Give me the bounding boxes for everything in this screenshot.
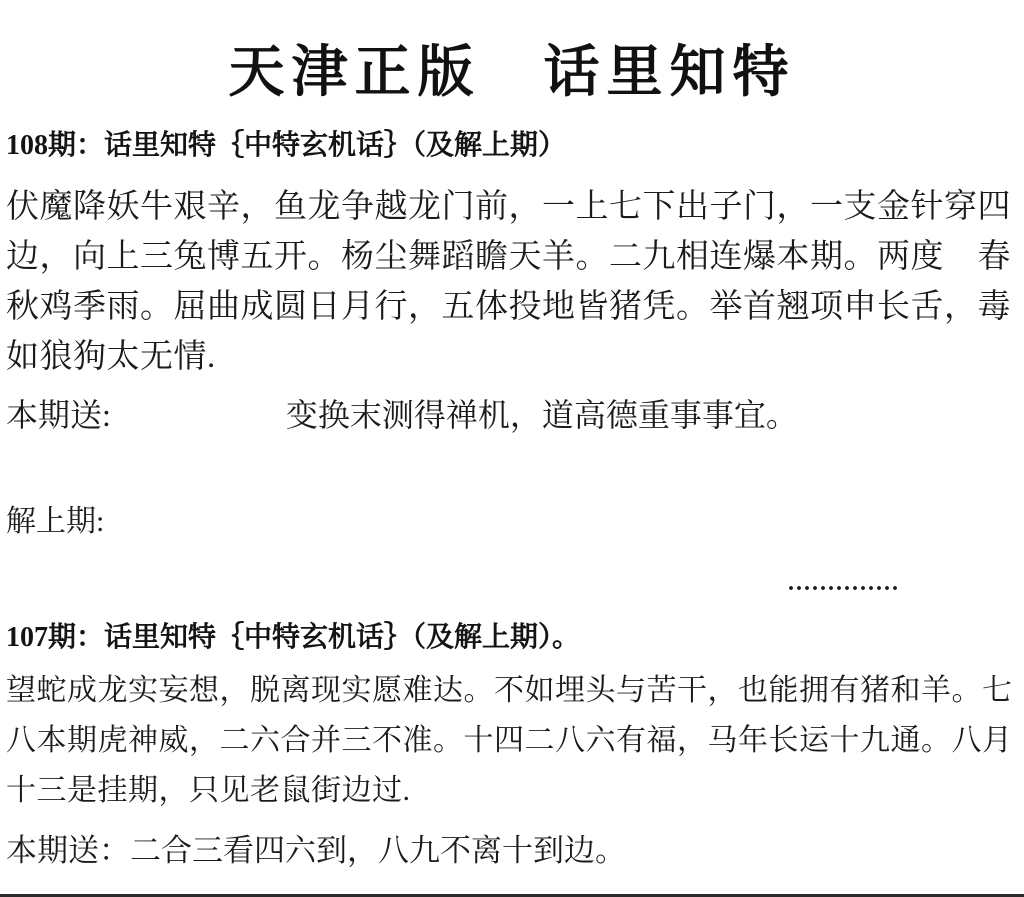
gift-label: 本期送: [6,397,111,433]
section-issue-107: 107期：话里知特｛中特玄机话｝（及解上期）。 望蛇成龙实妄想，脱离现实愿难达。… [6,618,1018,876]
section-107-heading: 107期：话里知特｛中特玄机话｝（及解上期）。 [6,618,1018,658]
paragraph-line: 伏魔降妖牛艰辛，鱼龙争越龙门前，一上七下出子门，一支金针穿四 [6,182,1018,232]
section-issue-108: 108期：话里知特｛中特玄机话｝（及解上期） 伏魔降妖牛艰辛，鱼龙争越龙门前，一… [6,126,1018,598]
section-108-heading: 108期：话里知特｛中特玄机话｝（及解上期） [6,126,1018,166]
paragraph-line: 秋鸡季雨。屈曲成圆日月行，五体投地皆猪凭。举首翘项申长舌，毒 [6,282,1018,332]
section-107-gift-line: 本期送：二合三看四六到，八九不离十到边。 [6,826,1018,876]
gift-text: 变换末测得禅机，道高德重事事宜。 [286,397,798,433]
paragraph-line: 八本期虎神威，二六合并三不准。十四二八六有福，马年长运十九通。八月 [6,716,1018,766]
paragraph-line: 十三是挂期，只见老鼠街边过. [6,766,1018,816]
paragraph-line: 如狼狗太无情. [6,332,1018,382]
paragraph-line: 望蛇成龙实妄想，脱离现实愿难达。不如埋头与苦干，也能拥有猪和羊。七 [6,666,1018,716]
placeholder-dots: .............. [788,568,1018,598]
scanned-document-page: 天津正版 话里知特 108期：话里知特｛中特玄机话｝（及解上期） 伏魔降妖牛艰辛… [0,28,1024,876]
section-108-gift-row: 本期送:变换末测得禅机，道高德重事事宜。 [6,390,1018,440]
solve-previous-issue-label: 解上期: [6,502,1018,542]
paragraph-line: 边，向上三兔博五开。杨尘舞蹈瞻天羊。二九相连爆本期。两度 春 [6,232,1018,282]
section-107-paragraph: 望蛇成龙实妄想，脱离现实愿难达。不如埋头与苦干，也能拥有猪和羊。七 八本期虎神威… [6,666,1018,816]
page-title: 天津正版 话里知特 [6,28,1018,106]
section-108-paragraph: 伏魔降妖牛艰辛，鱼龙争越龙门前，一上七下出子门，一支金针穿四 边，向上三兔博五开… [6,182,1018,382]
